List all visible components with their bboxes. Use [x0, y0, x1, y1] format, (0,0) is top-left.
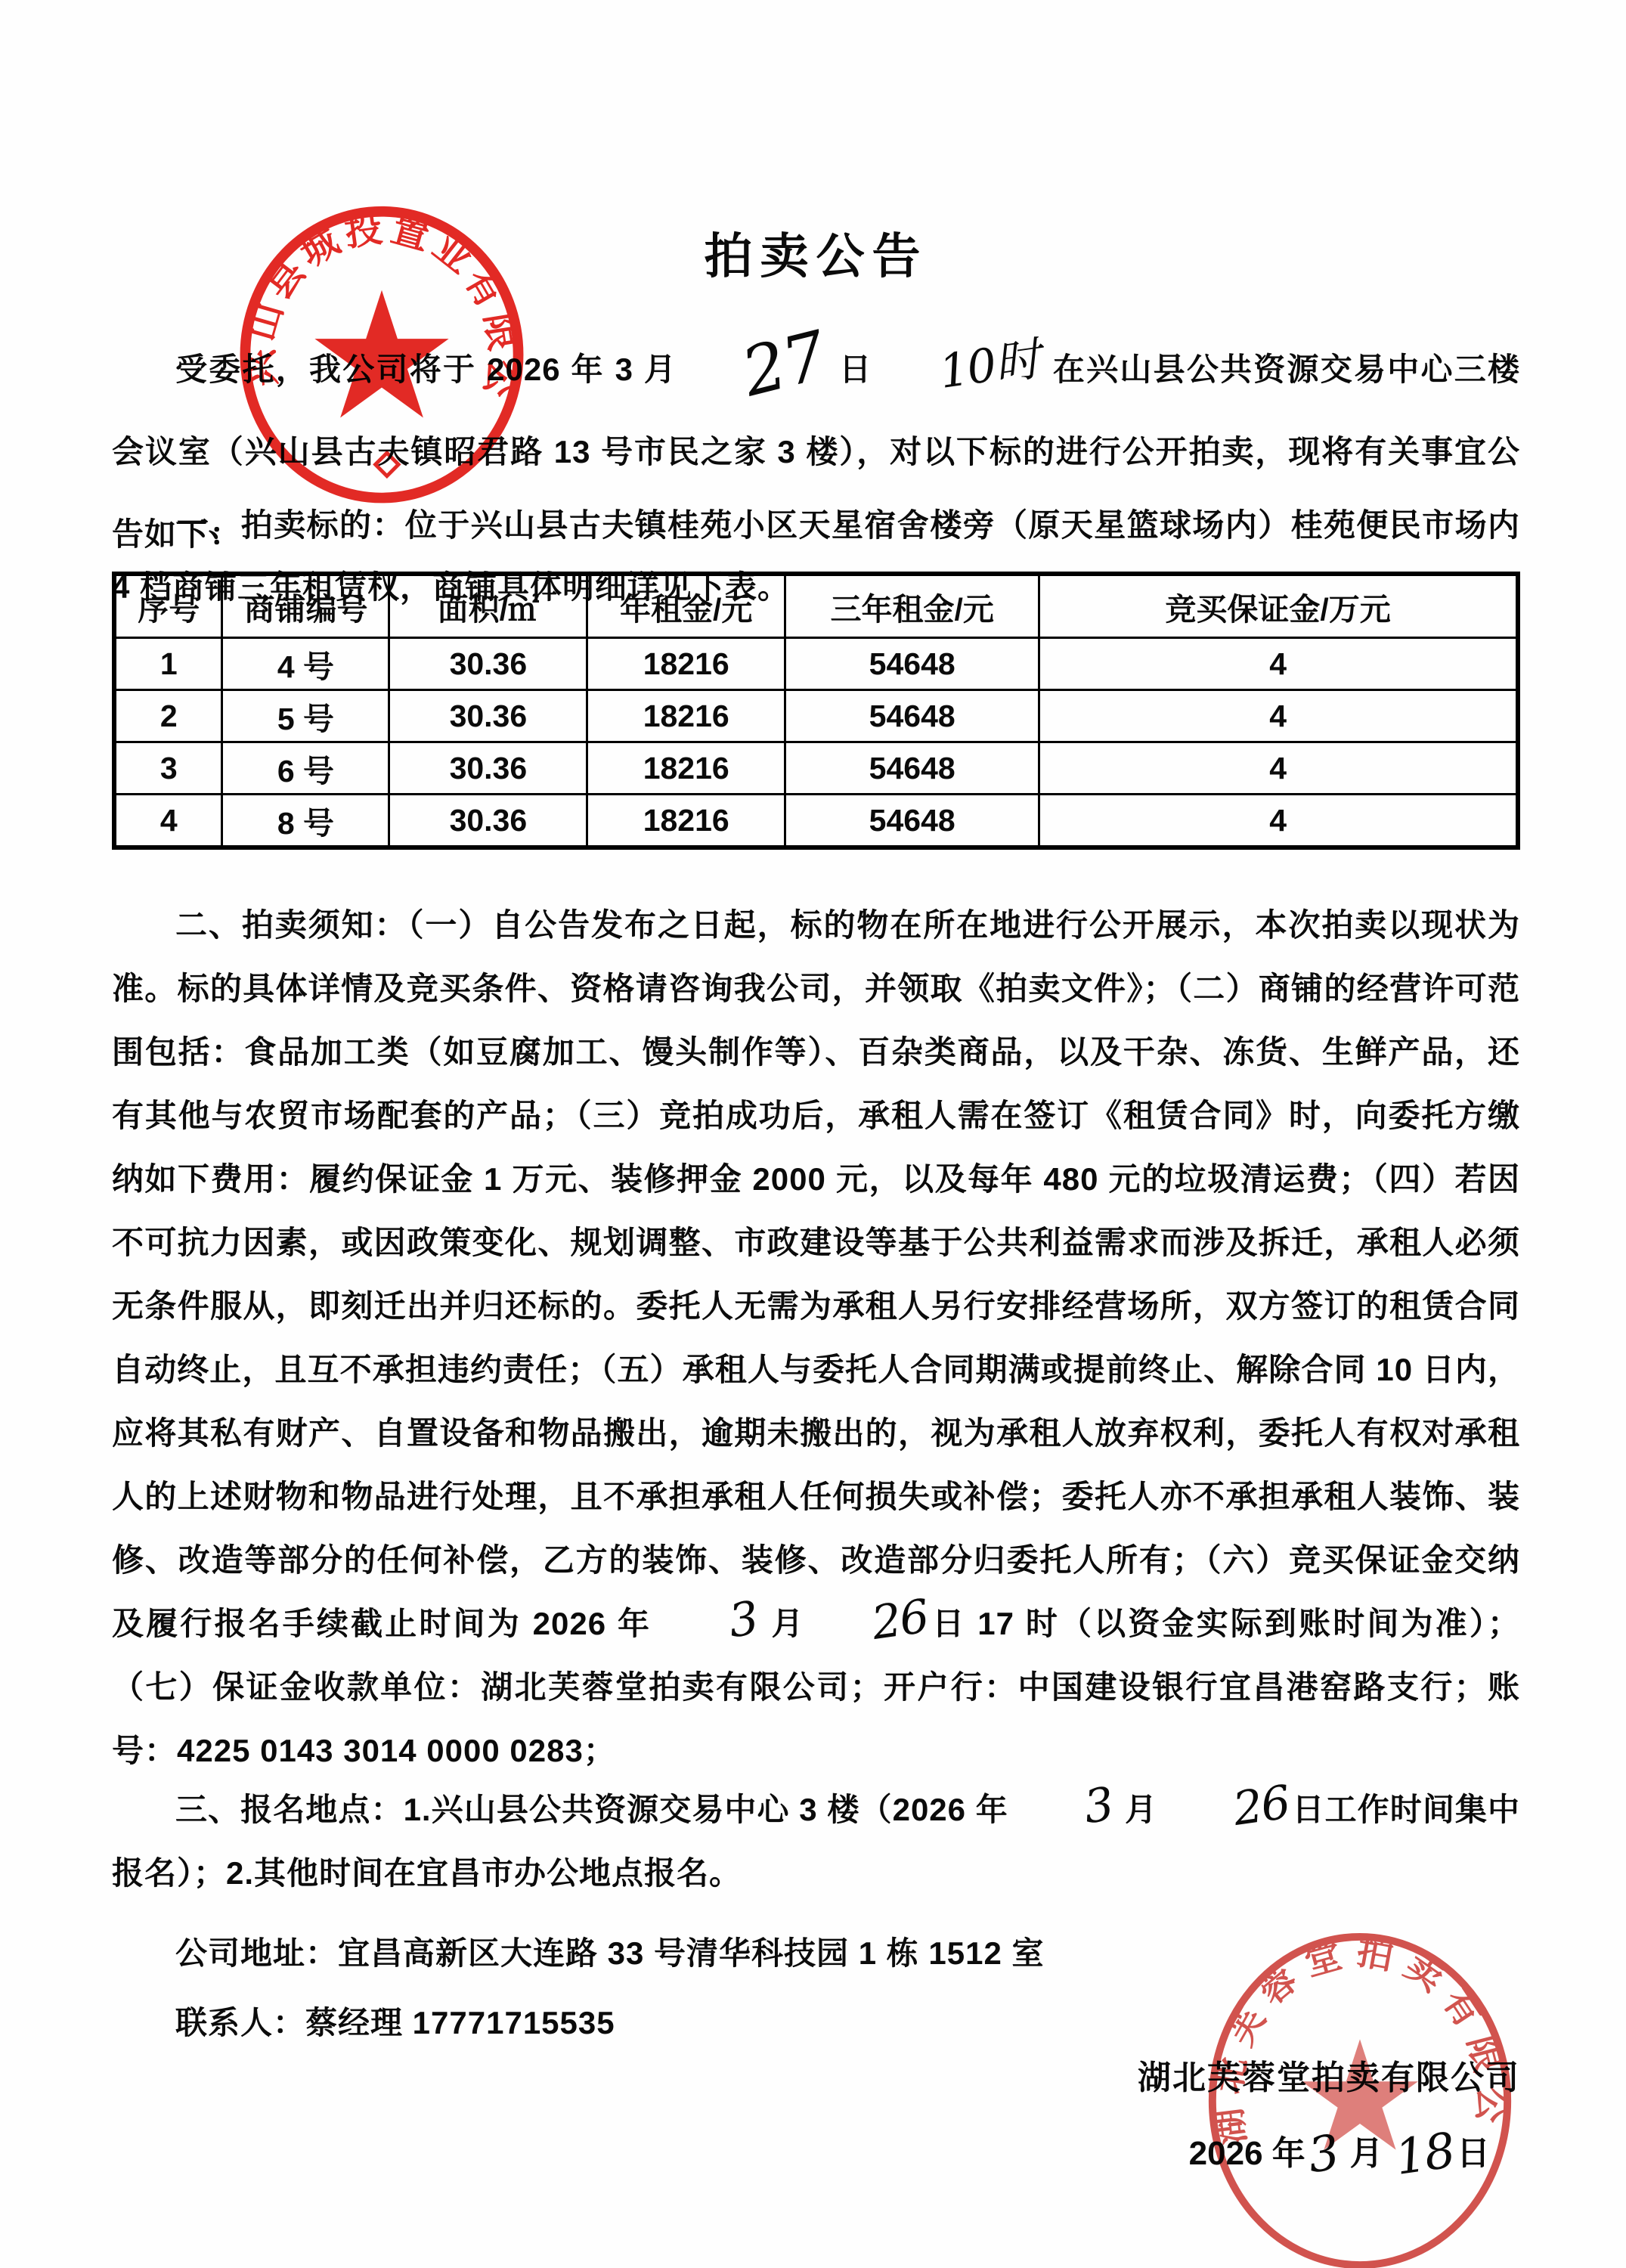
handwritten-signoff-month: 3 — [1305, 2152, 1340, 2156]
cell-deposit: 4 — [1039, 690, 1518, 742]
cell-index: 1 — [114, 638, 222, 690]
handwritten-auction-time: 10时 — [874, 359, 1042, 383]
notice-text-mid: 月 — [760, 1606, 806, 1641]
table-row: 3 6 号 30.36 18216 54648 4 — [114, 742, 1518, 795]
cell-deposit: 4 — [1039, 742, 1518, 795]
shops-table: 序号 商铺编号 面积/㎡ 年租金/元 三年租金/元 竞买保证金/万元 1 4 号… — [112, 572, 1520, 850]
intro-text-pre: 受委托，我公司将于 2026 年 3 月 — [175, 352, 677, 387]
signoff-date-mid: 月 — [1340, 2135, 1392, 2172]
seal-ring — [1213, 1937, 1507, 2265]
cell-index: 4 — [114, 795, 222, 848]
cell-index: 3 — [114, 742, 222, 795]
table-row: 4 8 号 30.36 18216 54648 4 — [114, 795, 1518, 848]
cell-area: 30.36 — [389, 742, 587, 795]
cell-annual-rent: 18216 — [587, 690, 785, 742]
contact-person-line: 联系人：蔡经理 17771715535 — [112, 1991, 1520, 2055]
cell-three-year-rent: 54648 — [785, 795, 1039, 848]
table-row: 2 5 号 30.36 18216 54648 4 — [114, 690, 1518, 742]
signoff-company-name: 湖北芙蓉堂拍卖有限公司 — [112, 2050, 1520, 2099]
col-header-three-year-rent: 三年租金/元 — [785, 574, 1039, 638]
col-header-index: 序号 — [114, 574, 222, 638]
company-address-line: 公司地址：宜昌高新区大连路 33 号清华科技园 1 栋 1512 室 — [112, 1922, 1520, 1985]
handwritten-signup-month: 3 — [1018, 1804, 1114, 1817]
cell-shop-no: 5 号 — [222, 690, 389, 742]
cell-deposit: 4 — [1039, 795, 1518, 848]
table-row: 1 4 号 30.36 18216 54648 4 — [114, 638, 1518, 690]
signup-text-mid: 月 — [1115, 1792, 1167, 1827]
handwritten-deadline-day: 26 — [806, 1616, 930, 1634]
signoff-date-line: 2026 年3 月 18日 — [112, 2126, 1520, 2174]
registration-paragraph: 三、报名地点：1.兴山县公共资源交易中心 3 楼（2026 年 3 月 26日工… — [112, 1778, 1520, 1905]
col-header-area: 面积/㎡ — [389, 574, 587, 638]
table-header-row: 序号 商铺编号 面积/㎡ 年租金/元 三年租金/元 竞买保证金/万元 — [114, 574, 1518, 638]
auction-announcement-page: 拍卖公告 受委托，我公司将于 2026 年 3 月27 日10时 在兴山县公共资… — [0, 0, 1626, 2268]
cell-annual-rent: 18216 — [587, 742, 785, 795]
intro-text-mid: 日 — [828, 352, 872, 387]
cell-annual-rent: 18216 — [587, 638, 785, 690]
cell-index: 2 — [114, 690, 222, 742]
col-header-annual-rent: 年租金/元 — [587, 574, 785, 638]
handwritten-deadline-month: 3 — [664, 1618, 760, 1631]
handwritten-signup-day: 26 — [1168, 1802, 1292, 1820]
cell-deposit: 4 — [1039, 638, 1518, 690]
cell-three-year-rent: 54648 — [785, 742, 1039, 795]
handwritten-auction-day: 27 — [680, 354, 826, 390]
cell-shop-no: 8 号 — [222, 795, 389, 848]
cell-three-year-rent: 54648 — [785, 690, 1039, 742]
signup-text-pre: 三、报名地点：1.兴山县公共资源交易中心 3 楼（2026 年 — [175, 1792, 1018, 1827]
cell-shop-no: 6 号 — [222, 742, 389, 795]
notice-text-pre: 二、拍卖须知：（一）自公告发布之日起，标的物在所在地进行公开展示，本次拍卖以现状… — [112, 907, 1520, 1641]
handwritten-signoff-day: 18 — [1392, 2150, 1456, 2159]
signoff-date-post: 日 — [1457, 2135, 1490, 2172]
cell-area: 30.36 — [389, 795, 587, 848]
cell-area: 30.36 — [389, 690, 587, 742]
col-header-deposit: 竞买保证金/万元 — [1039, 574, 1518, 638]
cell-annual-rent: 18216 — [587, 795, 785, 848]
cell-area: 30.36 — [389, 638, 587, 690]
cell-three-year-rent: 54648 — [785, 638, 1039, 690]
auction-notice-paragraph: 二、拍卖须知：（一）自公告发布之日起，标的物在所在地进行公开展示，本次拍卖以现状… — [112, 894, 1520, 1783]
col-header-shop-no: 商铺编号 — [222, 574, 389, 638]
cell-shop-no: 4 号 — [222, 638, 389, 690]
page-title: 拍卖公告 — [112, 218, 1520, 287]
signoff-date-pre: 2026 年 — [1189, 2135, 1305, 2172]
